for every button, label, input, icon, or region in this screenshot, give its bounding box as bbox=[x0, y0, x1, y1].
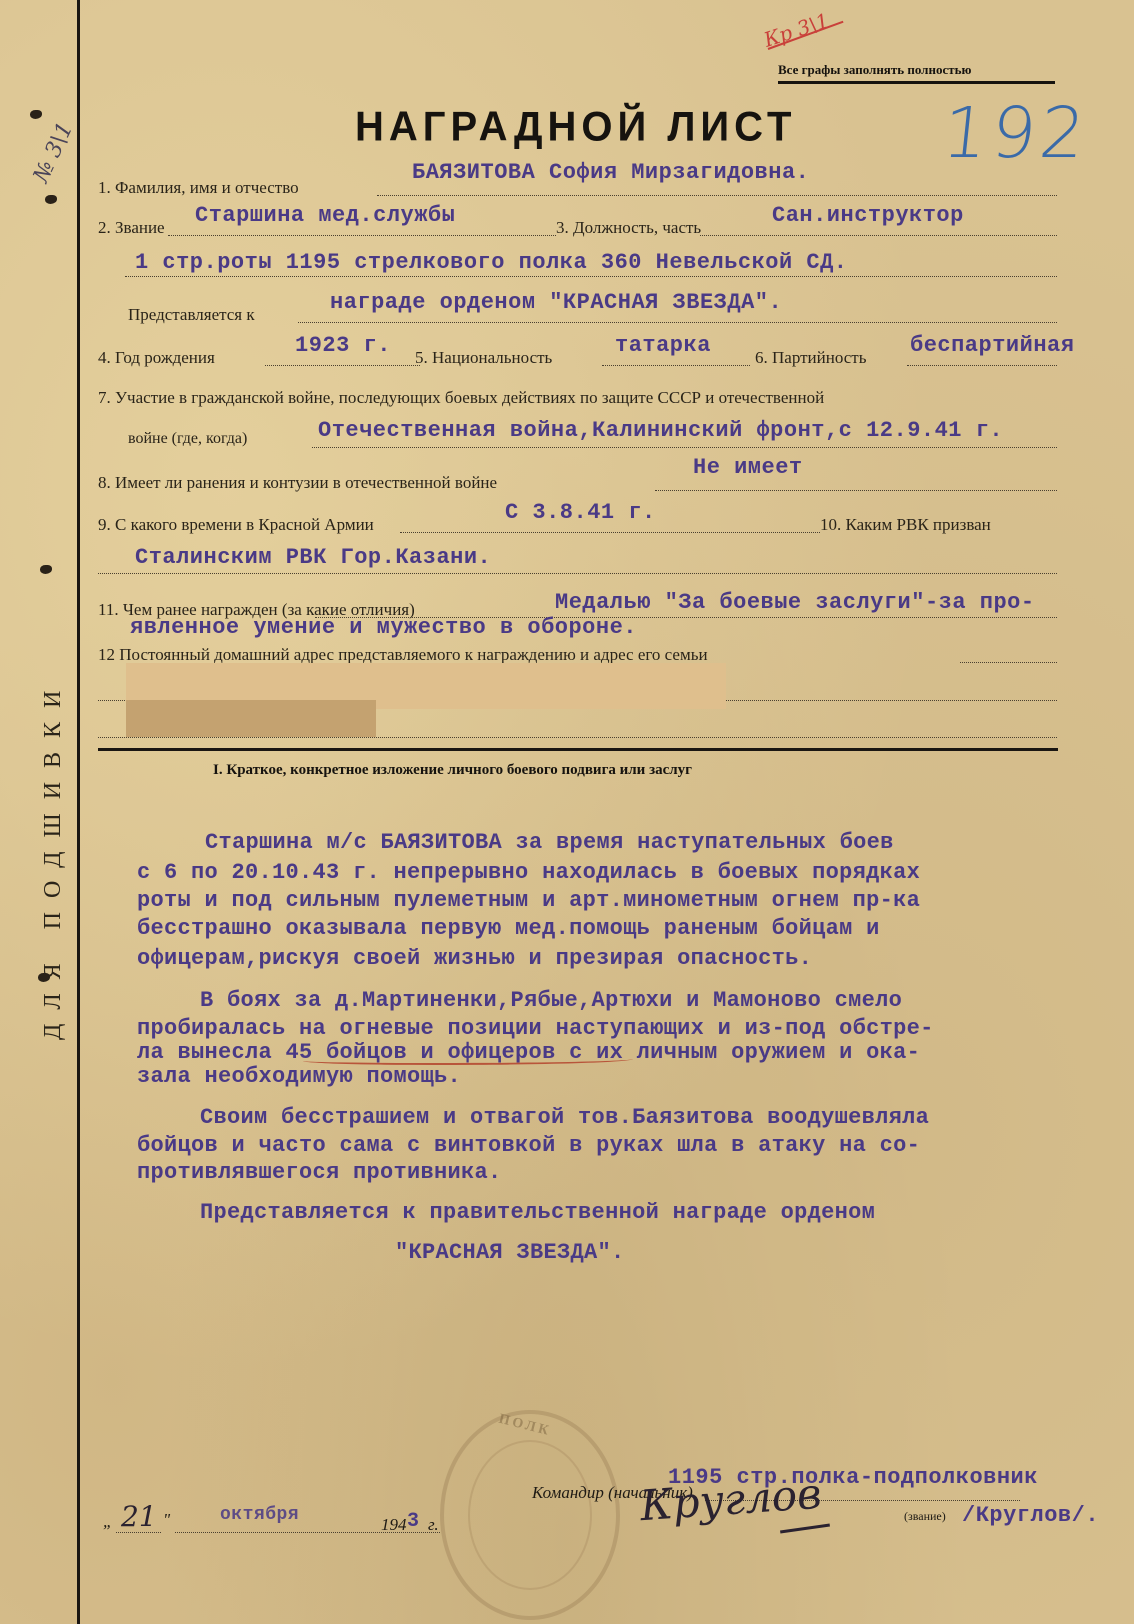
field-5-label: 5. Национальность bbox=[415, 348, 552, 368]
narrative-line: противлявшегося противника. bbox=[137, 1160, 502, 1185]
field-6-line bbox=[907, 365, 1057, 366]
field-6-value: беспартийная bbox=[910, 333, 1074, 358]
regiment-stamp-inner-ring bbox=[468, 1440, 592, 1590]
fill-all-fields-notice: Все графы заполнять полностью bbox=[778, 62, 971, 78]
rank-label: (звание) bbox=[904, 1509, 946, 1524]
notice-rule bbox=[778, 81, 1055, 84]
redacted-address-block-2 bbox=[126, 700, 376, 737]
field-2-value: Старшина мед.службы bbox=[195, 203, 455, 228]
field-2-line bbox=[168, 235, 556, 236]
field-7-line bbox=[312, 447, 1057, 448]
punch-hole bbox=[45, 195, 57, 204]
field-9-label: 9. С какого времени в Красной Армии bbox=[98, 515, 374, 535]
section-rule bbox=[98, 748, 1058, 751]
commander-name: /Круглов/. bbox=[962, 1503, 1099, 1528]
date-open-quote: „ bbox=[103, 1512, 112, 1532]
field-3-value-cont: 1 стр.роты 1195 стрелкового полка 360 Не… bbox=[135, 250, 848, 275]
date-day: 21 bbox=[121, 1500, 157, 1533]
field-3-line-2 bbox=[125, 276, 1057, 277]
field-7-label: 7. Участие в гражданской войне, последую… bbox=[98, 388, 824, 408]
narrative-line: офицерам,рискуя своей жизнью и презирая … bbox=[137, 946, 812, 971]
field-4-line bbox=[265, 365, 420, 366]
narrative-line: роты и под сильным пулеметным и арт.мино… bbox=[137, 888, 920, 913]
narrative-line: Старшина м/с БАЯЗИТОВА за время наступат… bbox=[205, 830, 894, 855]
field-7-label-cont: войне (где, когда) bbox=[128, 430, 247, 448]
field-2-label: 2. Звание bbox=[98, 218, 165, 238]
field-4-label: 4. Год рождения bbox=[98, 348, 215, 368]
field-4-value: 1923 г. bbox=[295, 333, 391, 358]
nominated-label: Представляется к bbox=[128, 305, 255, 325]
field-3-line bbox=[700, 235, 1057, 236]
narrative-line: зала необходимую помощь. bbox=[137, 1064, 461, 1089]
field-3-label: 3. Должность, часть bbox=[556, 218, 701, 238]
field-1-label: 1. Фамилия, имя и отчество bbox=[98, 178, 299, 198]
section-1-heading: I. Краткое, конкретное изложение личного… bbox=[213, 762, 692, 779]
field-8-label: 8. Имеет ли ранения и контузии в отечест… bbox=[98, 473, 497, 493]
field-3-value: Сан.инструктор bbox=[772, 203, 964, 228]
date-day-line bbox=[116, 1532, 161, 1533]
nominated-line bbox=[298, 322, 1057, 323]
field-8-line bbox=[655, 490, 1057, 491]
page-title: НАГРАДНОЙ ЛИСТ bbox=[355, 104, 796, 151]
narrative-line: "КРАСНАЯ ЗВЕЗДА". bbox=[395, 1240, 625, 1265]
field-1-value: БАЯЗИТОВА София Мирзагидовна. bbox=[412, 160, 809, 185]
handwritten-margin-note: № 3\1 bbox=[29, 119, 78, 187]
date-month: октября bbox=[220, 1505, 299, 1525]
date-year-prefix: 194 bbox=[381, 1515, 407, 1535]
narrative-line: пробиралась на огневые позиции наступающ… bbox=[137, 1016, 934, 1041]
narrative-line: В боях за д.Мартиненки,Рябые,Артюхи и Ма… bbox=[200, 988, 902, 1013]
field-11-value-cont: явленное умение и мужество в обороне. bbox=[130, 615, 637, 640]
field-10-label: 10. Каким РВК призван bbox=[820, 515, 991, 535]
signature-tail bbox=[780, 1524, 830, 1534]
date-close-quote: " bbox=[163, 1510, 170, 1530]
narrative-line: Своим бесстрашием и отвагой тов.Баязитов… bbox=[200, 1105, 929, 1130]
narrative-line: бойцов и часто сама с винтовкой в руках … bbox=[137, 1133, 920, 1158]
field-12-label: 12 Постоянный домашний адрес представляе… bbox=[98, 645, 708, 665]
binding-margin-line bbox=[77, 0, 80, 1624]
commander-signature: Круглов bbox=[639, 1469, 823, 1531]
field-6-label: 6. Партийность bbox=[755, 348, 866, 368]
field-5-line bbox=[602, 365, 750, 366]
field-10-line bbox=[98, 573, 1057, 574]
handwritten-sheet-number: 192 bbox=[939, 92, 1093, 174]
field-7-value: Отечественная война,Калининский фронт,с … bbox=[318, 418, 1003, 443]
narrative-line: Представляется к правительственной награ… bbox=[200, 1200, 875, 1225]
narrative-line: бесстрашно оказывала первую мед.помощь р… bbox=[137, 916, 880, 941]
field-9-line bbox=[400, 532, 820, 533]
field-5-value: татарка bbox=[615, 333, 711, 358]
date-year-suffix: 3 bbox=[407, 1510, 420, 1533]
date-year-g: г. bbox=[428, 1515, 439, 1535]
field-11-value: Медалью "За боевые заслуги"-за про- bbox=[555, 590, 1035, 615]
field-12-line-3 bbox=[98, 737, 1057, 738]
field-10-value: Сталинским РВК Гор.Казани. bbox=[135, 545, 491, 570]
narrative-line: с 6 по 20.10.43 г. непрерывно находилась… bbox=[137, 860, 920, 885]
nominated-value: награде орденом "КРАСНАЯ ЗВЕЗДА". bbox=[330, 290, 782, 315]
field-12-line bbox=[960, 662, 1057, 663]
punch-hole bbox=[40, 565, 52, 574]
punch-hole bbox=[30, 110, 42, 119]
field-1-line bbox=[377, 195, 1057, 196]
field-8-value: Не имеет bbox=[693, 455, 803, 480]
field-9-value: С 3.8.41 г. bbox=[505, 500, 656, 525]
binding-label: ДЛЯ ПОДШИВКИ bbox=[40, 677, 67, 1040]
